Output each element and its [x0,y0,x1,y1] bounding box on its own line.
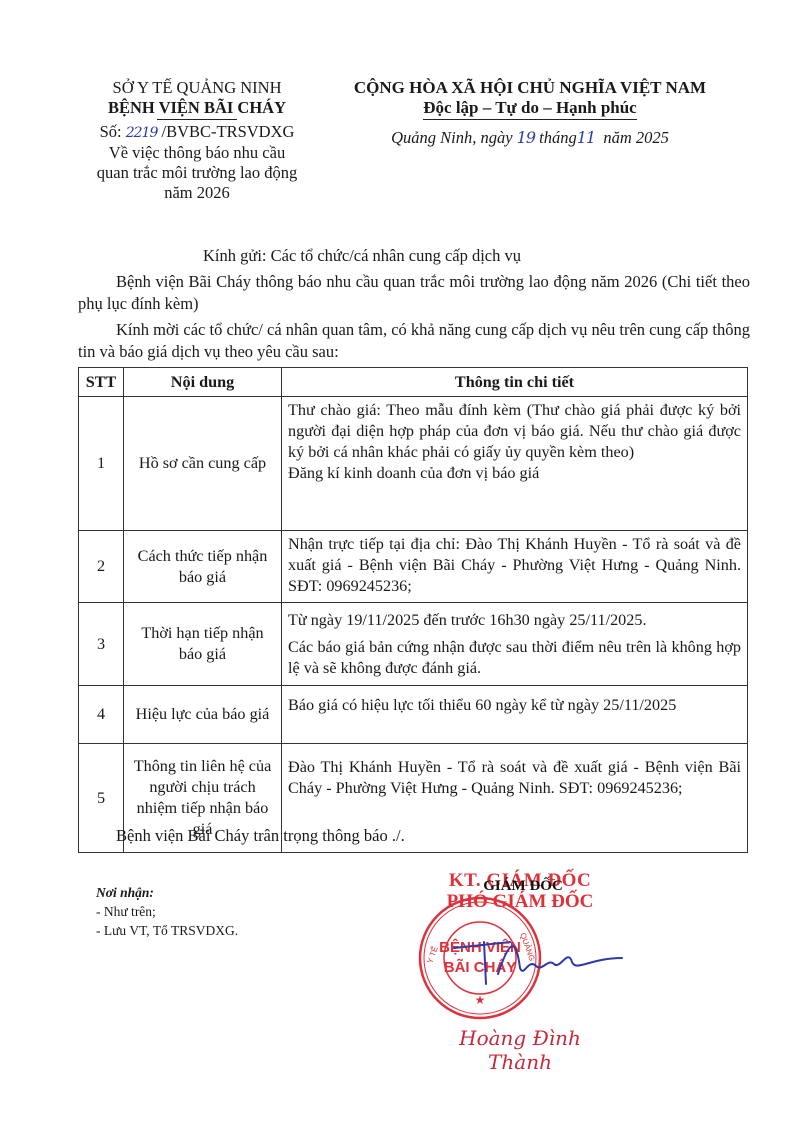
detail-text: Thư chào giá: Theo mẫu đính kèm (Thư chà… [288,400,741,463]
row-number: 3 [79,603,124,686]
recipients-label: Nơi nhận: [96,883,238,902]
row-details: Báo giá có hiệu lực tối thiểu 60 ngày kể… [282,686,748,744]
header-details: Thông tin chi tiết [282,368,748,397]
number-prefix: Số: [100,122,122,141]
director-title: GIÁM ĐỐC [448,878,598,895]
national-header: CỘNG HÒA XÃ HỘI CHỦ NGHĨA VIỆT NAM Độc l… [340,78,720,120]
header-divider [157,119,237,120]
row-content: Cách thức tiếp nhận báo giá [124,531,282,603]
ministry-name: SỞ Y TẾ QUẢNG NINH [62,78,332,98]
row-content: Hồ sơ cần cung cấp [124,397,282,531]
table-row: 1 Hồ sơ cần cung cấp Thư chào giá: Theo … [79,397,748,531]
closing-line: Bệnh viện Bãi Cháy trân trọng thông báo … [116,826,405,846]
date-day: 19 [517,128,535,147]
signer-name: Hoàng Đình Thành [430,1026,610,1074]
detail-text: Nhận trực tiếp tại địa chỉ: Đào Thị Khán… [288,534,741,597]
svg-text:Y TẾ: Y TẾ [424,945,439,965]
recipient-item: - Như trên; [96,902,238,921]
row-number: 2 [79,531,124,603]
handwritten-signature-icon [450,928,625,988]
signature-block: KT. GIÁM ĐỐC PHÓ GIÁM ĐỐC GIÁM ĐỐC BỆNH … [410,868,620,1068]
date-year: năm 2025 [603,128,669,147]
number-suffix: /BVBC-TRSVDXG [161,122,294,141]
detail-text: Các báo giá bản cứng nhận được sau thời … [288,637,741,679]
date-place: Quảng Ninh, ngày [391,128,512,147]
row-number: 4 [79,686,124,744]
intro-paragraph: Bệnh viện Bãi Cháy thông báo nhu cầu qua… [78,271,750,315]
detail-text: Báo giá có hiệu lực tối thiểu 60 ngày kể… [288,695,741,716]
handwritten-number: 2219 [126,125,158,141]
national-motto: Độc lập – Tự do – Hạnh phúc [423,98,636,120]
header-stt: STT [79,368,124,397]
row-content: Hiệu lực của báo giá [124,686,282,744]
detail-text: Đào Thị Khánh Huyền - Tổ rà soát và đề x… [288,757,741,799]
date-month: 11 [577,128,595,147]
header-content: Nội dung [124,368,282,397]
row-number: 1 [79,397,124,531]
document-number: Số: 2219 /BVBC-TRSVDXG [62,122,332,143]
table-header-row: STT Nội dung Thông tin chi tiết [79,368,748,397]
date-month-label: tháng [539,128,577,147]
row-details: Từ ngày 19/11/2025 đến trước 16h30 ngày … [282,603,748,686]
subject-line-2: quan trắc môi trường lao động [62,163,332,183]
row-details: Thư chào giá: Theo mẫu đính kèm (Thư chà… [282,397,748,531]
table-row: 2 Cách thức tiếp nhận báo giá Nhận trực … [79,531,748,603]
requirements-table: STT Nội dung Thông tin chi tiết 1 Hồ sơ … [78,367,748,853]
table-row: 4 Hiệu lực của báo giá Báo giá có hiệu l… [79,686,748,744]
recipient-line: Kính gửi: Các tổ chức/cá nhân cung cấp d… [203,245,723,267]
table-row: 3 Thời hạn tiếp nhận báo giá Từ ngày 19/… [79,603,748,686]
hospital-name: BỆNH VIỆN BÃI CHÁY [62,98,332,118]
date-line: Quảng Ninh, ngày 19 tháng11 năm 2025 [340,128,720,148]
subject-line-1: Về việc thông báo nhu cầu [62,143,332,163]
recipients-block: Nơi nhận: - Như trên; - Lưu VT, Tổ TRSVD… [96,883,238,940]
row-content: Thời hạn tiếp nhận báo giá [124,603,282,686]
subject-line-3: năm 2026 [62,183,332,203]
detail-text: Từ ngày 19/11/2025 đến trước 16h30 ngày … [288,610,741,631]
row-details: Nhận trực tiếp tại địa chỉ: Đào Thị Khán… [282,531,748,603]
svg-text:★: ★ [475,993,486,1007]
country-name: CỘNG HÒA XÃ HỘI CHỦ NGHĨA VIỆT NAM [340,78,720,98]
issuer-header: SỞ Y TẾ QUẢNG NINH BỆNH VIỆN BÃI CHÁY Số… [62,78,332,203]
recipient-item: - Lưu VT, Tổ TRSVDXG. [96,921,238,940]
detail-text: Đăng kí kinh doanh của đơn vị báo giá [288,463,741,484]
invitation-paragraph: Kính mời các tổ chức/ cá nhân quan tâm, … [78,319,750,363]
